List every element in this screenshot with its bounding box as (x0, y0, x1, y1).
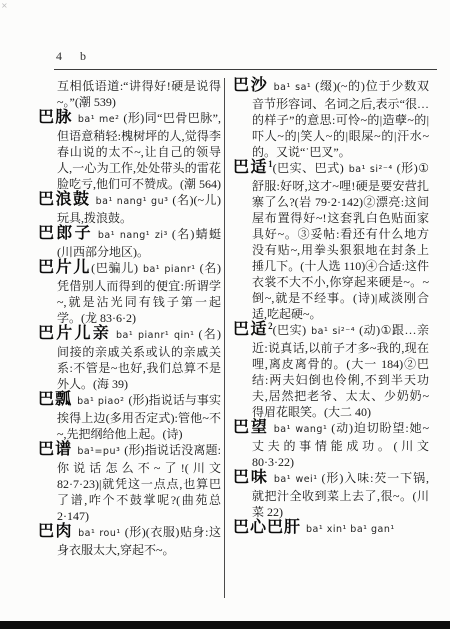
pinyin: ba¹ nang¹ zi³ (98, 230, 168, 241)
pinyin: ba¹ rou¹ (78, 528, 121, 539)
pinyin: ba¹ pianr¹ qin¹ (116, 330, 194, 341)
pinyin: ba¹ si²⁻⁴ (311, 326, 355, 337)
headword-variant: (巴实、巴式) (273, 161, 344, 175)
dict-entry-balangzi: 巴郎子ba¹ nang¹ zi³(名)蜻蜓(川西部分地区)。 (38, 226, 221, 260)
pinyin: ba¹=pu³ (77, 446, 120, 457)
dict-entry-barou: 巴肉ba¹ rou¹(形)(衣服)贴身:这身衣服太大,穿起不~。 (38, 524, 221, 558)
dict-entry-bapianrqin: 巴片儿亲ba¹ pianr¹ qin¹(名)间接的亲戚关系或认的亲戚关系:不管是… (38, 326, 221, 392)
pinyin: ba¹ sa¹ (274, 82, 312, 93)
headword: 巴肉 (38, 523, 73, 540)
dict-entry-bamai: 巴脉ba¹ me²(形)同“巴骨巴脉”,但语意稍轻:槐树坪的人,觉得李春山说的太… (38, 110, 221, 192)
pinyin: ba¹ xin¹ ba¹ gan¹ (306, 524, 395, 535)
headword: 巴谱 (38, 441, 72, 458)
headword: 巴沙 (233, 77, 269, 94)
headword: 巴郎子 (38, 225, 93, 242)
headword-variant: (巴实) (273, 323, 307, 337)
dict-entry-bashi-1: 巴适1(巴实、巴式)ba¹ si²⁻⁴(形)①舒服:好呀,这才~哩!硬是要安营扎… (233, 160, 429, 322)
dict-entry-bapu: 巴谱ba¹=pu³(形)指说话没离题:你说话怎么不~了!(川文 82·7·23)… (38, 442, 221, 524)
page-header: 4b (56, 49, 86, 64)
dict-entry-bawang: 巴望ba¹ wang¹(动)迫切盼望:她~丈夫的事情能成功。(川文 80·3·2… (233, 420, 429, 470)
right-column: 巴沙ba¹ sa¹(缀)(~的)位于少数双音节形容词、名词之后,表示“很…的样子… (233, 78, 429, 538)
entry-continuation: 互相低语道:“讲得好!硬是说得~。”(潮 539) (38, 78, 221, 110)
dict-entry-bapiao: 巴瓢ba¹ piao²(形)指说话与事实挨得上边(多用否定式):管他~不~,先把… (38, 392, 221, 442)
scan-artifact: × (1, 1, 8, 10)
dict-entry-bawei: 巴味ba¹ wei¹(形)入味:芡一下锅,就把汁全收到菜上去了,很~。(川菜 2… (233, 470, 429, 520)
section-letter: b (80, 49, 86, 63)
left-column: 互相低语道:“讲得好!硬是说得~。”(潮 539) 巴脉ba¹ me²(形)同“… (38, 78, 221, 558)
pinyin: ba¹ nang¹ gu³ (96, 196, 169, 207)
headword: 巴味 (233, 469, 269, 486)
headword: 巴浪鼓 (38, 191, 91, 208)
scan-edge-bar (0, 621, 450, 629)
dict-entry-basha: 巴沙ba¹ sa¹(缀)(~的)位于少数双音节形容词、名词之后,表示“很…的样子… (233, 78, 429, 160)
headword: 巴瓢 (38, 391, 72, 408)
headword: 巴片儿亲 (38, 325, 111, 342)
dictionary-page: × 4b 互相低语道:“讲得好!硬是说得~。”(潮 539) 巴脉ba¹ me²… (0, 0, 450, 629)
pinyin: ba¹ piao² (77, 396, 124, 407)
headword: 巴望 (233, 419, 269, 436)
header-rule (54, 69, 437, 70)
dict-entry-bapianr: 巴片儿(巴骗儿)ba¹ pianr¹(名)凭借别人而得到的便宜:所谓学~,就是沾… (38, 260, 221, 326)
headword: 巴脉 (38, 109, 73, 126)
pinyin: ba¹ si²⁻⁴ (349, 164, 393, 175)
dict-entry-bashi-2: 巴适2(巴实)ba¹ si²⁻⁴(动)①跟…亲近:说真话,以前子才多~我的,现在… (233, 322, 429, 420)
column-divider (224, 78, 225, 598)
pinyin: ba¹ me² (78, 114, 120, 125)
pinyin: ba¹ wei¹ (274, 474, 318, 485)
headword: 巴适 (233, 321, 268, 338)
dict-entry-balanggu: 巴浪鼓ba¹ nang¹ gu³(名)(~儿)玩具,拨浪鼓。 (38, 192, 221, 226)
pinyin: ba¹ pianr¹ (143, 264, 196, 275)
pinyin: ba¹ wang¹ (274, 424, 328, 435)
headword: 巴片儿 (38, 259, 91, 276)
headword: 巴适 (233, 159, 268, 176)
entry-body: (动)①跟…亲近:说真话,以前子才多~我的,现在哩,离皮离骨的。(大一 184)… (252, 323, 429, 419)
headword-variant: (巴骗儿) (91, 261, 138, 275)
dict-entry-baxinbagan: 巴心巴肝ba¹ xin¹ ba¹ gan¹ (233, 520, 429, 538)
page-number: 4 (56, 49, 62, 63)
entry-body: (形)①舒服:好呀,这才~哩!硬是要安营扎寨了么?(岩 79·2·142)②漂亮… (252, 161, 429, 321)
headword: 巴心巴肝 (233, 519, 301, 536)
